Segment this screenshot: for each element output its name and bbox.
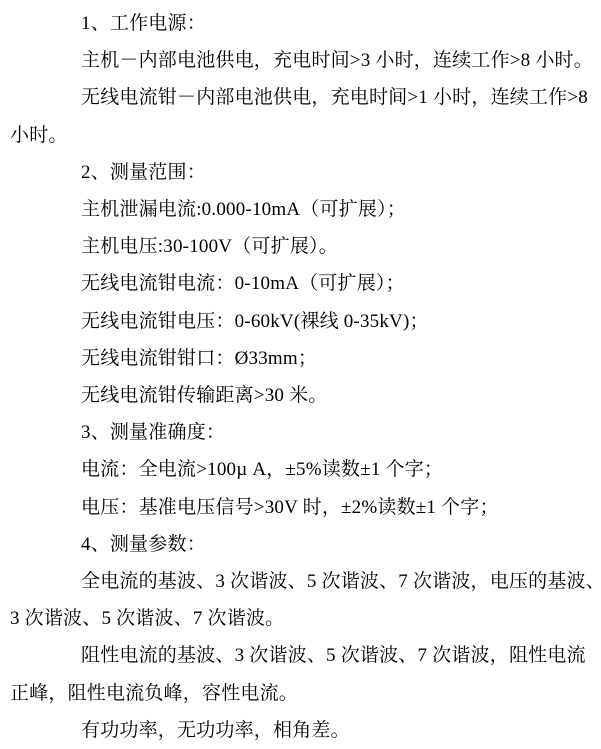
spec-line: 主机－内部电池供电，充电时间>3 小时，连续工作>8 小时。	[10, 42, 595, 79]
document-page: 1、工作电源： 主机－内部电池供电，充电时间>3 小时，连续工作>8 小时。 无…	[0, 0, 601, 749]
spec-line: 无线电流钳电压：0-60kV(裸线 0-35kV)；	[10, 303, 595, 340]
spec-line-continuation: 正峰，阻性电流负峰，容性电流。	[10, 675, 595, 712]
section-heading: 1、工作电源：	[10, 5, 595, 42]
spec-line: 电流：全电流>100µ A，±5%读数±1 个字；	[10, 451, 595, 488]
spec-line: 无线电流钳－内部电池供电，充电时间>1 小时，连续工作>8	[10, 79, 595, 116]
spec-line: 无线电流钳钳口：Ø33mm；	[10, 340, 595, 377]
spec-line-continuation: 小时。	[10, 117, 595, 154]
spec-line-continuation: 3 次谐波、5 次谐波、7 次谐波。	[10, 600, 595, 637]
spec-line: 全电流的基波、3 次谐波、5 次谐波、7 次谐波，电压的基波、	[10, 563, 595, 600]
spec-line: 主机电压:30-100V（可扩展）。	[10, 228, 595, 265]
spec-line: 阻性电流的基波、3 次谐波、5 次谐波、7 次谐波，阻性电流	[10, 637, 595, 674]
spec-line: 有功功率，无功功率，相角差。	[10, 712, 595, 749]
spec-line: 无线电流钳电流：0-10mA（可扩展）；	[10, 265, 595, 302]
spec-line: 无线电流钳传输距离>30 米。	[10, 377, 595, 414]
section-heading: 3、测量准确度：	[10, 414, 595, 451]
spec-line: 电压：基准电压信号>30V 时，±2%读数±1 个字；	[10, 489, 595, 526]
section-heading: 4、测量参数：	[10, 526, 595, 563]
section-heading: 2、测量范围：	[10, 154, 595, 191]
spec-line: 主机泄漏电流:0.000-10mA（可扩展）；	[10, 191, 595, 228]
